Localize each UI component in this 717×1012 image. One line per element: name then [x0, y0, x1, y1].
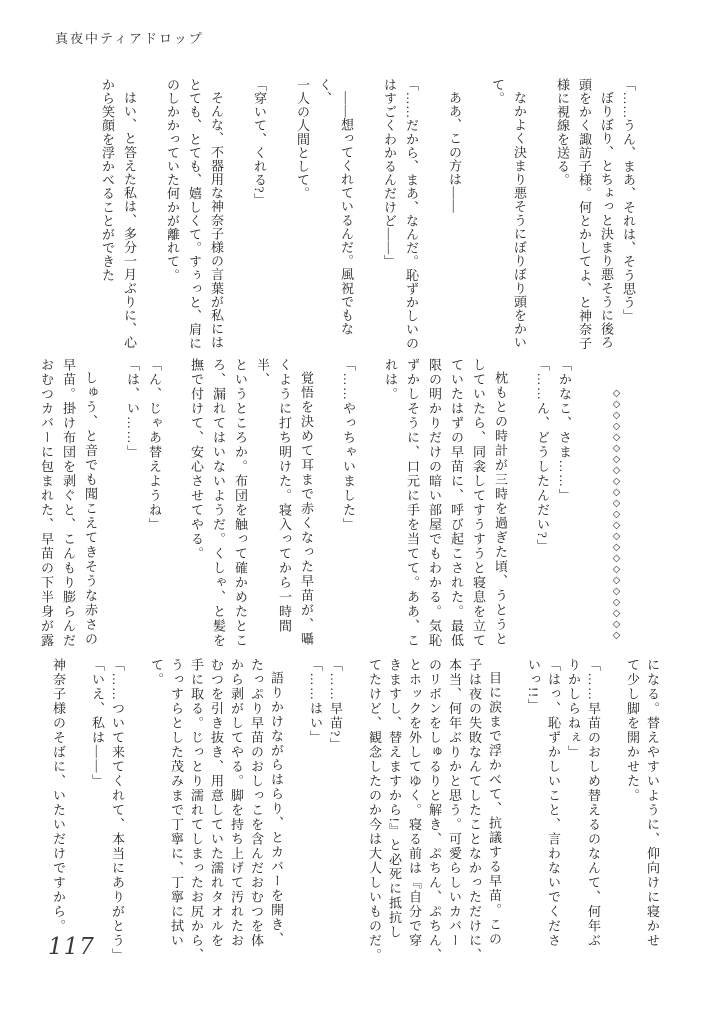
text-line: から笑顔を浮かべることができた — [96, 78, 118, 352]
text-line: 「……だから、まあ、なんだ。恥ずかしいの — [400, 78, 422, 352]
text-line: 覚悟を決めて耳まで赤くなった早苗が、囁 — [295, 358, 317, 652]
text-band-1: 「……うん、まあ、それは、そう思う」ぼりぼり、とちょっと決まり悪そうに後ろ頭をか… — [96, 78, 639, 352]
text-line: というところか。布団を触って確かめたとこ — [229, 358, 251, 652]
text-line: おむつカバーに包まれた、早苗の下半身が露 — [35, 358, 57, 652]
text-line: 「……早苗のおしめ替えるのなんて、何年ぶ — [583, 658, 603, 966]
text-line: うっすらとした茂みまで丁寧に、丁寧に拭い — [166, 658, 186, 966]
text-line: 本当、何年ぶりかと思う。可愛らしいカバー — [444, 658, 464, 966]
text-line: 「……ん、どうしたんだい?」 — [531, 358, 553, 652]
text-line: 枕もとの時計が三時を過ぎた頃、うとうと — [489, 358, 511, 652]
text-line: 頭をかく諏訪子様。何とかしてよ、と神奈子 — [573, 78, 595, 352]
text-line: のリボンをしゅるりと解き、ぷちん、ぷちん、 — [424, 658, 444, 966]
text-line: 一人の人間として。 — [291, 78, 313, 352]
text-line: 「いえ、私は——」 — [87, 658, 107, 966]
text-line: はすごくわかるんだけど——」 — [378, 78, 400, 352]
text-line: たっぷり早苗のおしっこを含んだおむつを体 — [246, 658, 266, 966]
text-line: とても、とても、嬉しくて。すぅっと、肩に — [183, 78, 205, 352]
text-line: ていたはずの早苗に、呼び起こされた。最低 — [445, 358, 467, 652]
text-line: のしかかっていた何かが離れて。 — [161, 78, 183, 352]
text-line: ろ、漏れてはいないようだ。くしゃ、と髪を — [207, 358, 229, 652]
text-line: 「穿いて、くれる?」 — [248, 78, 270, 352]
text-line: 「はっ、恥ずかしいこと、言わないでくださ — [543, 658, 563, 966]
text-band-2: ◇◇◇◇◇◇◇◇◇◇◇◇◇◇◇◇◇◇◇◇◇◇◇「かなこ、さま……」「……ん、どう… — [35, 358, 627, 652]
text-band-3: になる。替えやすいように、仰向けに寝かせて少し脚を開かせた。「……早苗のおしめ替… — [48, 658, 662, 966]
text-line: しゅう、と音でも聞こえてきそうな赤さの — [79, 358, 101, 652]
text-line: 「……やっちゃいました」 — [337, 358, 359, 652]
text-line: 限の明かりだけの暗い部屋でもわかる。気恥 — [423, 358, 445, 652]
text-line: 語りかけながらはらり、とカバーを開き、 — [266, 658, 286, 966]
text-line: れは。 — [379, 358, 401, 652]
text-line: いっ!!」 — [523, 658, 543, 966]
text-line: 「……ついて来てくれて、本当にありがとう」 — [107, 658, 127, 966]
text-line: 手に取る。じっとり濡れてしまったお尻から、 — [186, 658, 206, 966]
text-line: そんな、不器用な神奈子様の言葉が私には — [205, 78, 227, 352]
text-line: なかよく決まり悪そうにぼりぼり頭をかい — [508, 78, 530, 352]
text-line: とホックを外してゆく。寝る前は『自分で穿 — [404, 658, 424, 966]
scene-divider: ◇◇◇◇◇◇◇◇◇◇◇◇◇◇◇◇◇◇◇◇◇◇◇ — [605, 358, 627, 652]
text-line: くように打ち明けた。寝入ってから一時間半、 — [251, 358, 295, 652]
text-line: 早苗。掛け布団を剥ぐと、こんもり膨らんだ — [57, 358, 79, 652]
text-line: 「……うん、まあ、それは、そう思う」 — [617, 78, 639, 352]
text-line: 様に視線を送る。 — [551, 78, 573, 352]
text-line: 目に涙まで浮かべて、抗議する早苗。この — [484, 658, 504, 966]
text-line: から剥がしてやる。脚を持ち上げて汚れたお — [226, 658, 246, 966]
text-line: 「……はい」 — [305, 658, 325, 966]
text-line: 「……早苗?」 — [325, 658, 345, 966]
text-line: 子は夜の失敗なんてしたことなかっただけに、 — [464, 658, 484, 966]
text-line: きますし、替えますから!』と必死に抵抗し — [384, 658, 404, 966]
text-line: 「ん、じゃあ替えようね」 — [143, 358, 165, 652]
book-page: 真夜中ティアドロップ 「……うん、まあ、それは、そう思う」ぼりぼり、とちょっと決… — [0, 0, 717, 1012]
text-line: むつを引き抜き、用意していた濡れタオルを — [206, 658, 226, 966]
text-line: 撫で付けて、安心させてやる。 — [185, 358, 207, 652]
text-line: ああ、この方は—— — [443, 78, 465, 352]
running-header: 真夜中ティアドロップ — [55, 28, 204, 47]
text-line: てたけど、観念したのか今は大人しいものだ。 — [364, 658, 384, 966]
text-line: りかしらねぇ」 — [563, 658, 583, 966]
text-line: て。 — [486, 78, 508, 352]
text-line: になる。替えやすいように、仰向けに寝かせ — [642, 658, 662, 966]
text-line: 「かなこ、さま……」 — [553, 358, 575, 652]
text-line: はい、と答えた私は、多分一月ぶりに、心 — [118, 78, 140, 352]
text-line: していたら、同衾してすうすうと寝息を立て — [467, 358, 489, 652]
text-line: ぼりぼり、とちょっと決まり悪そうに後ろ — [595, 78, 617, 352]
text-line: て。 — [146, 658, 166, 966]
page-number: 117 — [48, 934, 95, 960]
text-line: ずかしそうに、口元に手を当てて。ああ、こ — [401, 358, 423, 652]
text-line: ——想ってくれているんだ。風祝でもなく、 — [313, 78, 357, 352]
text-line: 神奈子様のそばに、いたいだけですから。 — [48, 658, 68, 966]
text-line: 「は、い……」 — [121, 358, 143, 652]
text-line: て少し脚を開かせた。 — [622, 658, 642, 966]
